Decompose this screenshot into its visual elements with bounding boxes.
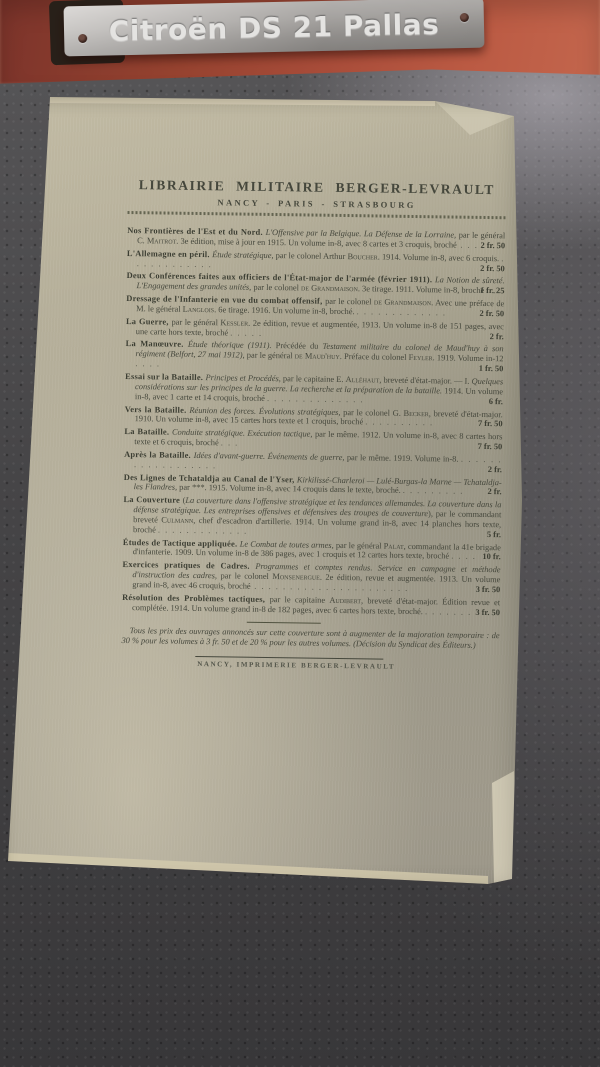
entry-text-segment: par le colonel Arthur bbox=[276, 251, 348, 261]
entry-text-segment: . Préface du colonel bbox=[340, 352, 409, 362]
catalog-entry: Essai sur la Bataille. Principes et Proc… bbox=[125, 372, 503, 407]
entry-price: 2 fr. bbox=[497, 488, 501, 498]
catalog-entry: Deux Conférences faites aux officiers de… bbox=[126, 271, 504, 296]
entry-text-segment: Boucher bbox=[347, 252, 377, 261]
entry-text-segment: La Bataille. bbox=[124, 427, 172, 437]
entry-text-segment: par le colonel G. bbox=[343, 408, 404, 418]
entry-text-segment: par le même. 1919. Volume in-8. bbox=[347, 453, 461, 464]
entry-text-segment: Becker bbox=[403, 408, 428, 417]
entry-text-segment: Alléhaut bbox=[346, 375, 380, 384]
entry-text-segment: Précédée du bbox=[276, 342, 323, 352]
entry-price: 2 fr. 50 bbox=[490, 241, 505, 251]
entry-text-segment: . 1914. Volume in-8, avec 6 croquis. bbox=[378, 252, 502, 263]
entry-price: 2 fr. 50 bbox=[489, 309, 504, 319]
entry-text-segment: Étude stratégique, bbox=[212, 250, 276, 260]
catalog-entry: La Couverture (La couverture dans l'offe… bbox=[123, 495, 502, 540]
entry-text-segment: par le capitaine E. bbox=[283, 374, 346, 384]
entry-price: 2 fr. 50 bbox=[490, 264, 505, 274]
entry-text-segment: par le général bbox=[171, 317, 220, 327]
leader-dots: . . . . . . . . . . . . . bbox=[158, 525, 248, 535]
entry-text-segment: La Guerre, bbox=[126, 317, 172, 327]
entry-text-segment: Feyler bbox=[409, 353, 433, 362]
entry-text-segment: Après la Bataille. bbox=[124, 450, 194, 460]
catalog-entry: La Bataille. Conduite stratégique. Exécu… bbox=[124, 427, 502, 452]
entry-price: 5 fr. bbox=[497, 530, 501, 540]
catalog-entry: Des Lignes de Tchataldja au Canal de l'Y… bbox=[124, 473, 502, 498]
screw-hole-left bbox=[78, 34, 87, 43]
entry-text-segment: La Couverture bbox=[123, 495, 182, 505]
screw-hole-right bbox=[460, 13, 469, 22]
catalog-entry: Nos Frontières de l'Est et du Nord. L'Of… bbox=[127, 226, 505, 251]
leader-dots: . . . . . bbox=[230, 328, 262, 337]
cities-subheader: NANCY - PARIS - STRASBOURG bbox=[128, 196, 506, 211]
imprint-rule bbox=[195, 656, 383, 660]
entry-text-segment: Monsenergue bbox=[272, 572, 320, 582]
leader-dots: . . . . bbox=[135, 359, 160, 368]
leader-dots: . . . bbox=[221, 438, 239, 447]
printer-imprint: NANCY, IMPRIMERIE BERGER-LEVRAULT bbox=[107, 658, 485, 671]
entry-text-segment: Vers la Bataille. bbox=[125, 404, 190, 414]
note-rule bbox=[247, 621, 321, 623]
header-rule bbox=[127, 211, 505, 219]
catalog-entry: Exercices pratiques de Cadres. Programme… bbox=[122, 560, 500, 595]
entry-text-segment: Études de Tactique appliquée. bbox=[123, 538, 240, 549]
entry-text-segment: par le général bbox=[336, 541, 384, 551]
catalog-entry: L'Allemagne en péril. Étude stratégique,… bbox=[127, 249, 505, 274]
entry-text-segment: Langlois bbox=[183, 305, 215, 314]
leader-dots: . . . . . . . bbox=[425, 607, 472, 617]
entry-text-segment: par ***. 1915. Volume in-8, avec 14 croq… bbox=[179, 483, 403, 495]
catalog-entry: Résolution des Problèmes tactiques, par … bbox=[122, 593, 500, 618]
entry-price: 7 fr. 50 bbox=[488, 442, 503, 452]
entry-price: 1 fr. 50 bbox=[489, 364, 504, 374]
plaque-label: Citroën DS 21 Pallas bbox=[108, 7, 439, 47]
catalog-entry: Après la Bataille. Idées d'avant-guerre.… bbox=[124, 450, 502, 475]
entry-price: 2 fr. bbox=[498, 465, 502, 475]
entry-text-segment: Palat bbox=[384, 541, 404, 550]
entry-price: 3 fr. 50 bbox=[486, 585, 501, 595]
entry-price: 3 fr. 50 bbox=[485, 608, 500, 618]
entry-text-segment: de Grandmaison bbox=[301, 284, 358, 294]
leader-dots: . . . . . . . . . . bbox=[365, 418, 433, 428]
catalog-entry: Dressage de l'Infanterie en vue du comba… bbox=[126, 294, 504, 319]
entry-text-segment: . 6e tirage. 1916. Un volume in-8, broch… bbox=[214, 305, 357, 316]
entry-text-segment: Audibert bbox=[329, 596, 361, 605]
book-cover: LIBRAIRIE MILITAIRE BERGER-LEVRAULT NANC… bbox=[8, 95, 530, 887]
catalog-entry: La Manœuvre. Étude théorique (1911). Pré… bbox=[125, 339, 503, 374]
entry-text-segment: Le Combat de toutes armes, bbox=[240, 539, 336, 549]
entry-text-segment: Étude théorique (1911). bbox=[188, 340, 276, 350]
entry-price: 1 fr. 25 bbox=[490, 286, 505, 296]
entry-price: 6 fr. bbox=[499, 397, 503, 407]
entry-text-segment: Principes et Procédés, bbox=[205, 373, 283, 383]
entry-text-segment: par le capitaine bbox=[270, 595, 330, 605]
entry-text-segment: L'Allemagne en péril. bbox=[127, 249, 212, 259]
leader-dots: . . . . bbox=[451, 552, 476, 561]
entry-text-segment: de Grandmaison bbox=[374, 298, 431, 308]
entry-text-segment: La Manœuvre. bbox=[126, 339, 188, 349]
catalog-entries: Nos Frontières de l'Est et du Nord. L'Of… bbox=[122, 226, 505, 618]
entry-text-segment: . 3e tirage. 1911. Volume in-8, broché bbox=[358, 284, 487, 295]
entry-text-segment: de Maud'huy bbox=[295, 352, 340, 362]
catalog-entry: Vers la Bataille. Réunion des forces. Év… bbox=[125, 404, 503, 429]
entry-text-segment: par le colonel bbox=[220, 571, 272, 581]
price-note: Tous les prix des ouvrages annoncés sur … bbox=[121, 625, 499, 650]
entry-text-segment: par le colonel bbox=[253, 283, 301, 293]
printed-catalog: LIBRAIRIE MILITAIRE BERGER-LEVRAULT NANC… bbox=[121, 177, 506, 672]
entry-text-segment: . 1919. Volume in-12 bbox=[433, 354, 504, 364]
leader-dots: . . . . . . . . . bbox=[403, 486, 464, 496]
entry-text-segment: Kessler bbox=[220, 318, 248, 327]
leader-dots: . . . . . . . . . . . . . . . . . . . . … bbox=[251, 582, 409, 593]
entry-price: 2 fr. bbox=[500, 332, 504, 342]
entry-text-segment: Maitrot bbox=[147, 236, 177, 245]
catalog-entry: Études de Tactique appliquée. Le Combat … bbox=[123, 538, 501, 563]
leader-dots: . . . . . . . . . . . . . bbox=[357, 307, 447, 317]
catalog-entry: La Guerre, par le général Kessler. 2e éd… bbox=[126, 317, 504, 342]
entry-text-segment: , breveté d'état-major. — I. bbox=[379, 375, 471, 385]
entry-price: 10 fr. bbox=[492, 553, 500, 563]
leader-dots: . . . . . . . . . . . . . . bbox=[267, 394, 364, 404]
entry-text-segment: Culmann bbox=[161, 515, 193, 524]
name-plaque: Citroën DS 21 Pallas bbox=[64, 0, 485, 56]
entry-text-segment: par le colonel bbox=[325, 297, 374, 307]
entry-price: 7 fr. 50 bbox=[488, 419, 503, 429]
entry-text-segment: par le général bbox=[247, 351, 295, 361]
publisher-header: LIBRAIRIE MILITAIRE BERGER-LEVRAULT bbox=[128, 177, 506, 198]
entry-text-segment: Essai sur la Bataille. bbox=[125, 372, 205, 382]
